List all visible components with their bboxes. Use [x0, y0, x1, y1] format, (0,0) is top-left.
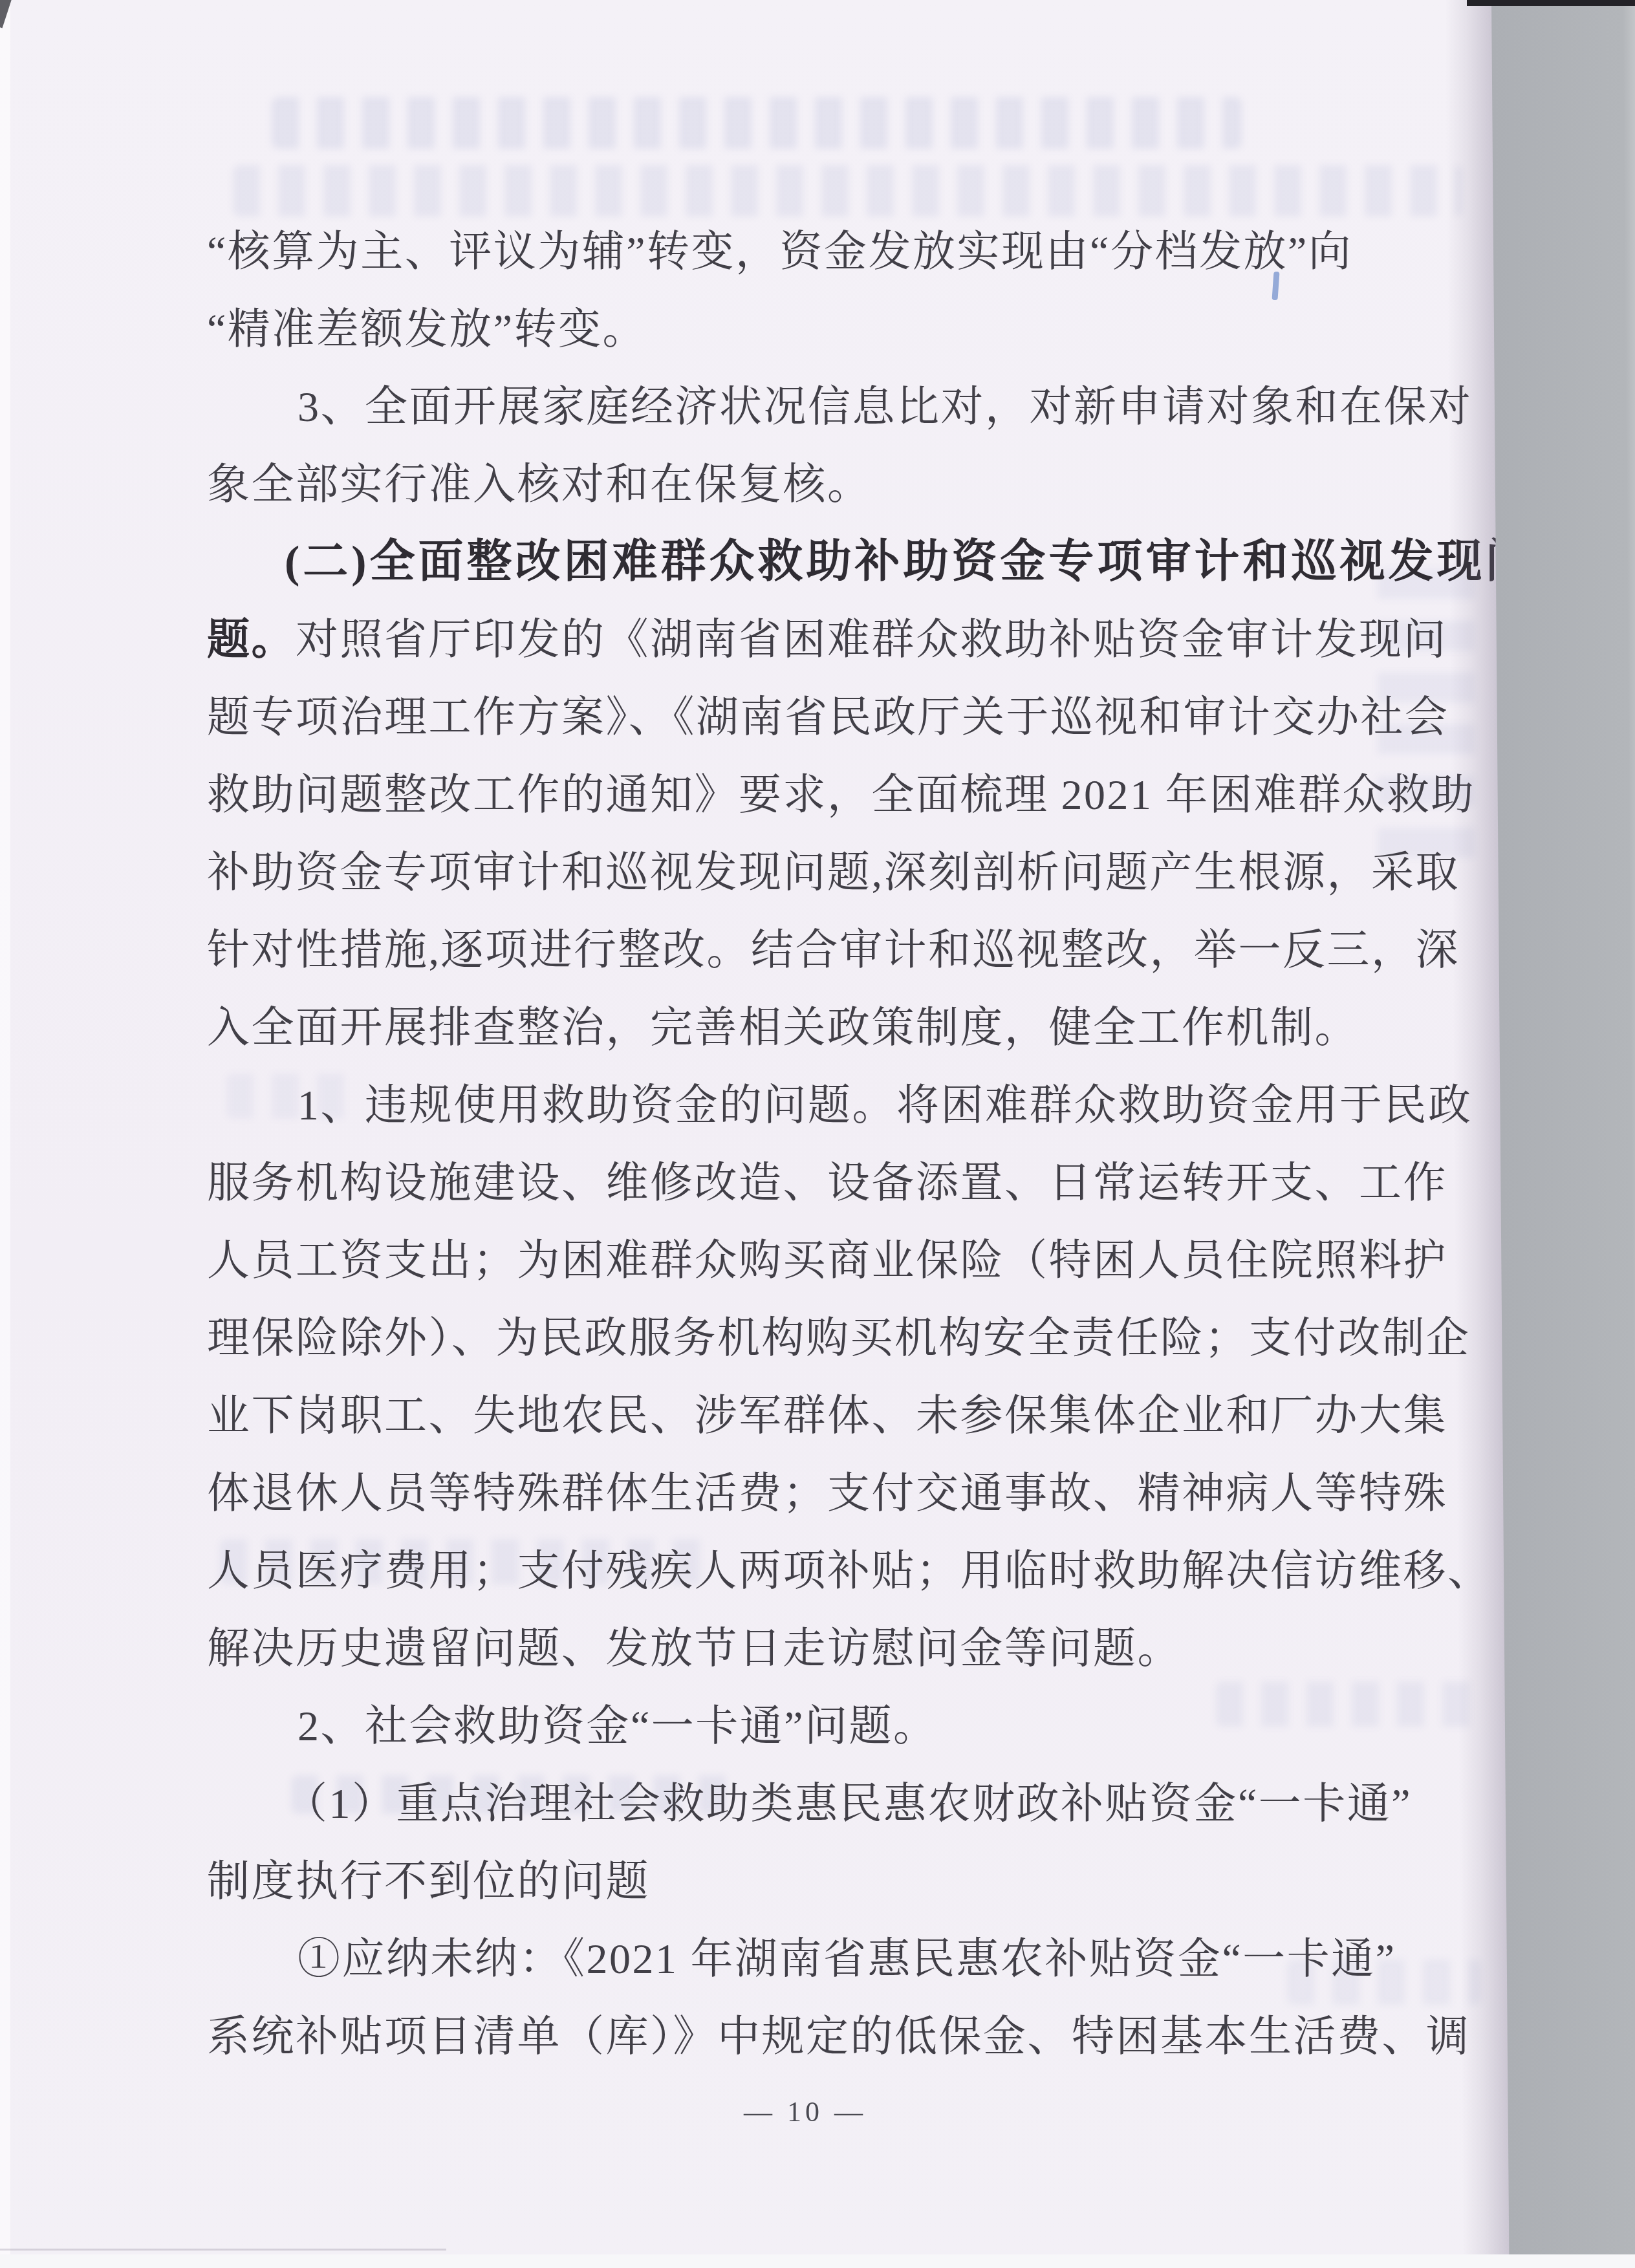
scan-edge-top — [1467, 0, 1635, 6]
text-line: ①应纳未纳：《2021 年湖南省惠民惠农补贴资金“一卡通” — [207, 1921, 1455, 1998]
text-line: （1）重点治理社会救助类惠民惠农财政补贴资金“一卡通” — [207, 1766, 1455, 1843]
text-line: 人员工资支出；为困难群众购买商业保险（特困人员住院照料护 — [207, 1222, 1455, 1300]
bleedthrough-smudge — [272, 97, 1242, 149]
text-line: 1、违规使用救助资金的问题。将困难群众救助资金用于民政 — [207, 1067, 1455, 1145]
text-line: 3、全面开展家庭经济状况信息比对，对新申请对象和在保对 — [207, 369, 1455, 446]
text-line: 救助问题整改工作的通知》要求，全面梳理 2021 年困难群众救助 — [207, 757, 1455, 834]
text-line: 服务机构设施建设、维修改造、设备添置、日常运转开支、工作 — [207, 1145, 1455, 1222]
text-line: “精准差额发放”转变。 — [207, 291, 1455, 369]
text-line: 补助资金专项审计和巡视发现问题,深刻剖析问题产生根源，采取 — [207, 834, 1455, 912]
text-line: “核算为主、评议为辅”转变，资金发放实现由“分档发放”向 — [207, 213, 1455, 291]
paper-sheet: “核算为主、评议为辅”转变，资金发放实现由“分档发放”向“精准差额发放”转变。3… — [0, 0, 1635, 2268]
text-line: 制度执行不到位的问题 — [207, 1843, 1455, 1921]
text-line: 象全部实行准入核对和在保复核。 — [207, 446, 1455, 524]
text-line: 入全面开展排查整治，完善相关政策制度，健全工作机制。 — [207, 989, 1455, 1067]
scan-edge-bottom — [0, 2254, 1635, 2268]
document-text: “核算为主、评议为辅”转变，资金发放实现由“分档发放”向“精准差额发放”转变。3… — [207, 213, 1455, 2076]
text-line: 人员医疗费用；支付残疾人两项补贴；用临时救助解决信访维移、 — [207, 1533, 1455, 1610]
text-line: 解决历史遗留问题、发放节日走访慰问金等问题。 — [207, 1610, 1455, 1688]
paper-left-highlight — [0, 0, 10, 2268]
text-line: 针对性措施,逐项进行整改。结合审计和巡视整改，举一反三，深 — [207, 912, 1455, 989]
text-line: 题专项治理工作方案》、《湖南省民政厅关于巡视和审计交办社会 — [207, 679, 1455, 757]
page-number: — 10 — — [660, 2095, 951, 2128]
text-line: 系统补贴项目清单（库）》中规定的低保金、特困基本生活费、调 — [207, 1998, 1455, 2076]
text-line: 体退休人员等特殊群体生活费；支付交通事故、精神病人等特殊 — [207, 1455, 1455, 1533]
paper-fold-line — [0, 2249, 446, 2251]
text-line: 理保险除外）、为民政服务机构购买机构安全责任险；支付改制企 — [207, 1300, 1455, 1377]
text-line: (二)全面整改困难群众救助补助资金专项审计和巡视发现问 — [207, 524, 1455, 601]
text-line: 2、社会救助资金“一卡通”问题。 — [207, 1688, 1455, 1766]
scanner-background — [1491, 0, 1635, 2268]
bold-sentence-end: 题。 — [207, 616, 296, 664]
bleedthrough-smudge — [233, 165, 1462, 217]
text-line: 业下岗职工、失地农民、涉军群体、未参保集体企业和厂办大集 — [207, 1377, 1455, 1455]
text-line: 题。对照省厅印发的《湖南省困难群众救助补贴资金审计发现问 — [207, 601, 1455, 679]
